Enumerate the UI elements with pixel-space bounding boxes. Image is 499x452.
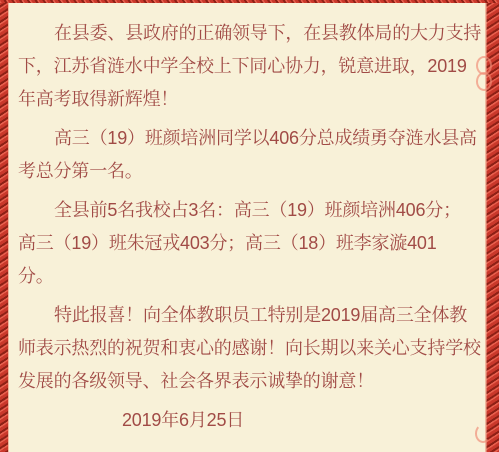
text-line: 特此报喜！向全体教职员工特别是2019届高三全体教: [18, 299, 483, 332]
text-line: 年高考取得新辉煌！: [18, 83, 483, 116]
text-line: 在县委、县政府的正确领导下，在县教体局的大力支持: [18, 17, 483, 50]
text-line: 高三（19）班颜培洲同学以406分总成绩勇夺涟水县高: [18, 122, 483, 155]
text-line: 下，江苏省涟水中学全校上下同心协力，锐意进取，2019: [18, 50, 483, 83]
text-line: 全县前5名我校占3名：高三（19）班颜培洲406分；: [18, 194, 483, 227]
paragraph-top-scorer: 高三（19）班颜培洲同学以406分总成绩勇夺涟水县高 考总分第一名。: [18, 122, 483, 188]
paragraph-congratulations: 特此报喜！向全体教职员工特别是2019届高三全体教 师表示热烈的祝贺和衷心的感谢…: [18, 299, 483, 398]
date-line: 2019年6月25日: [18, 404, 483, 437]
text-line: 发展的各级领导、社会各界表示诚挚的谢意！: [18, 365, 483, 398]
rope-knot-decoration: [476, 72, 492, 91]
text-line: 分。: [18, 260, 483, 293]
text-line: 高三（19）班朱冠戎403分；高三（18）班李家漩401: [18, 227, 483, 260]
announcement-body: 在县委、县政府的正确领导下，在县教体局的大力支持 下，江苏省涟水中学全校上下同心…: [18, 0, 483, 437]
paragraph-top5-results: 全县前5名我校占3名：高三（19）班颜培洲406分； 高三（19）班朱冠戎403…: [18, 194, 483, 293]
announcement-page: 在县委、县政府的正确领导下，在县教体局的大力支持 下，江苏省涟水中学全校上下同心…: [0, 0, 499, 452]
paragraph-intro: 在县委、县政府的正确领导下，在县教体局的大力支持 下，江苏省涟水中学全校上下同心…: [18, 17, 483, 116]
text-line: 考总分第一名。: [18, 155, 483, 188]
rope-knot-decoration: [475, 424, 491, 443]
top-border-decoration: [0, 0, 499, 3]
left-rope-border-decoration: [0, 0, 9, 452]
text-line: 师表示热烈的祝贺和衷心的感谢！向长期以来关心支持学校: [18, 332, 483, 365]
